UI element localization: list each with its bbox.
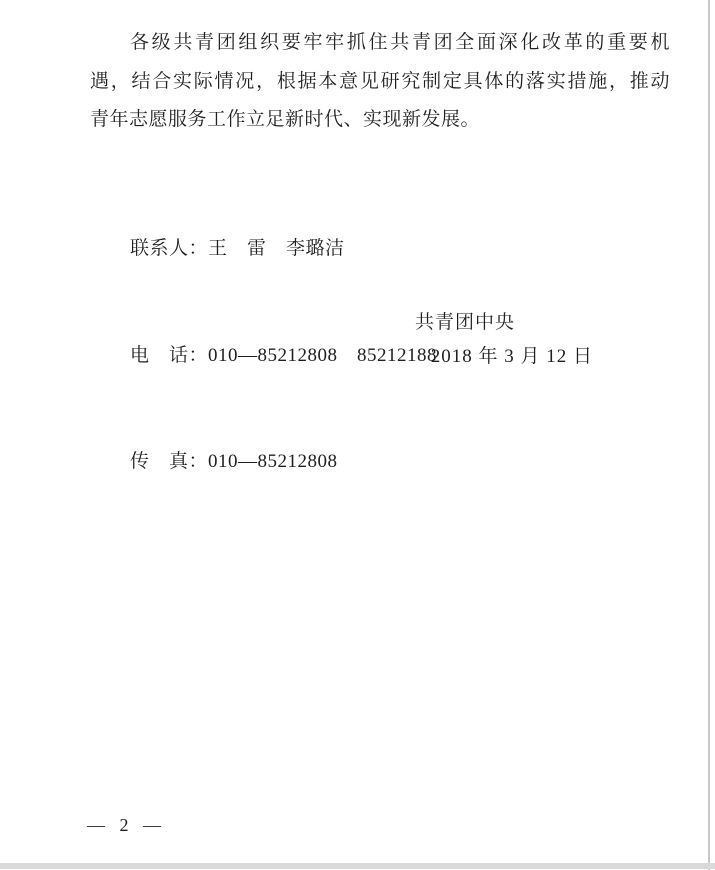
contact-person-line: 联系人：王 雷 李璐洁	[130, 231, 437, 267]
paragraph-line-2: 遇，结合实际情况，根据本意见研究制定具体的落实措施，推动	[90, 63, 670, 102]
signature-date: 2018 年 3 月 12 日	[90, 339, 670, 374]
page-edge-right-border	[708, 0, 710, 870]
body-paragraph: 各级共青团组织要牢牢抓住共青团全面深化改革的重要机 遇，结合实际情况，根据本意见…	[90, 24, 670, 140]
paragraph-line-3: 青年志愿服务工作立足新时代、实现新发展。	[90, 101, 670, 140]
page-number: — 2 —	[87, 808, 163, 842]
contact-fax-line: 传 真：010—85212808	[130, 444, 437, 480]
document-page: 各级共青团组织要牢牢抓住共青团全面深化改革的重要机 遇，结合实际情况，根据本意见…	[0, 0, 715, 870]
signature-organization: 共青团中央	[90, 305, 670, 340]
paragraph-line-1: 各级共青团组织要牢牢抓住共青团全面深化改革的重要机	[90, 24, 670, 63]
page-edge-bottom-border	[0, 863, 715, 869]
